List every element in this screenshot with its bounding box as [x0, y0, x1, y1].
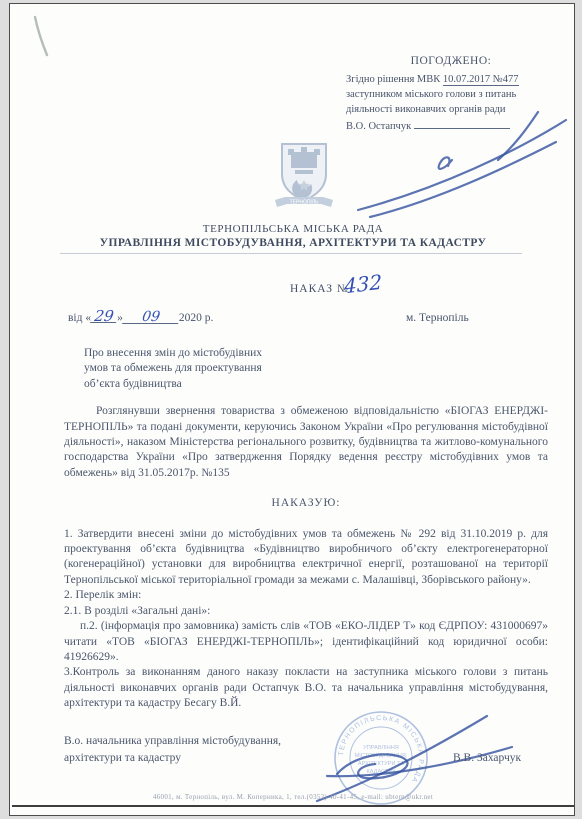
preamble-paragraph: Розглянувши звернення товариства з обмеж…	[64, 404, 548, 481]
subject-line-1: Про внесення змін до містобудівних	[84, 346, 548, 361]
resolve-heading: НАКАЗУЮ:	[64, 496, 548, 511]
document-page: ПОГОДЖЕНО: Згідно рішення МВК 10.07.2017…	[9, 3, 575, 816]
signer-position-line2: архітектури та кадастру	[64, 750, 364, 767]
scanned-order-document: { "approved": { "title": "ПОГОДЖЕНО:", "…	[0, 0, 582, 819]
subject-line-3: об’єкта будівництва	[84, 377, 548, 392]
signer-position: В.о. начальника управління містобудуванн…	[64, 733, 364, 767]
order-body: Про внесення змін до містобудівних умов …	[64, 346, 548, 712]
order-item-2: 2. Перелік змін:	[64, 588, 548, 603]
order-number-handwritten: 432	[344, 270, 382, 299]
order-item-1: 1. Затвердити внесені зміни до містобуді…	[64, 527, 548, 589]
order-item-2-1: 2.1. В розділі «Загальні дані»:	[64, 604, 548, 619]
org-name-line1: ТЕРНОПІЛЬСЬКА МІСЬКА РАДА	[10, 223, 576, 235]
approval-title: ПОГОДЖЕНО:	[346, 54, 556, 69]
approval-line-1: Згідно рішення МВК 10.07.2017 №477	[346, 72, 556, 87]
footer-contact-line: 46001, м. Тернопіль, вул. М. Коперника, …	[10, 793, 576, 801]
ternopil-coat-of-arms-logo: ТЕРНОПІЛЬ	[271, 140, 337, 214]
approval-line-2: заступником міського голови з питань	[346, 87, 556, 102]
footer-rule	[12, 805, 574, 807]
signer-position-line1: В.о. начальника управління містобудуванн…	[64, 733, 364, 750]
approval-reference: 10.07.2017 №477	[443, 74, 519, 86]
month-handwritten: 09	[122, 311, 180, 324]
logo-banner-text: ТЕРНОПІЛЬ	[290, 200, 319, 206]
subject-line-2: умов та обмежень для проектування	[84, 361, 548, 376]
order-label: НАКАЗ №	[290, 283, 349, 295]
order-item-p2: п.2. (інформація про замовника) замість …	[64, 619, 548, 665]
handwritten-signature-top	[300, 104, 575, 229]
pen-mark	[28, 9, 68, 69]
header-rule	[60, 253, 522, 254]
order-city: м. Тернопіль	[406, 312, 469, 324]
day-handwritten: 29	[90, 310, 118, 323]
org-name-line2: УПРАВЛІННЯ МІСТОБУДУВАННЯ, АРХІТЕКТУРИ Т…	[10, 237, 576, 249]
signer-name: В.В. Захарчук	[453, 752, 521, 764]
